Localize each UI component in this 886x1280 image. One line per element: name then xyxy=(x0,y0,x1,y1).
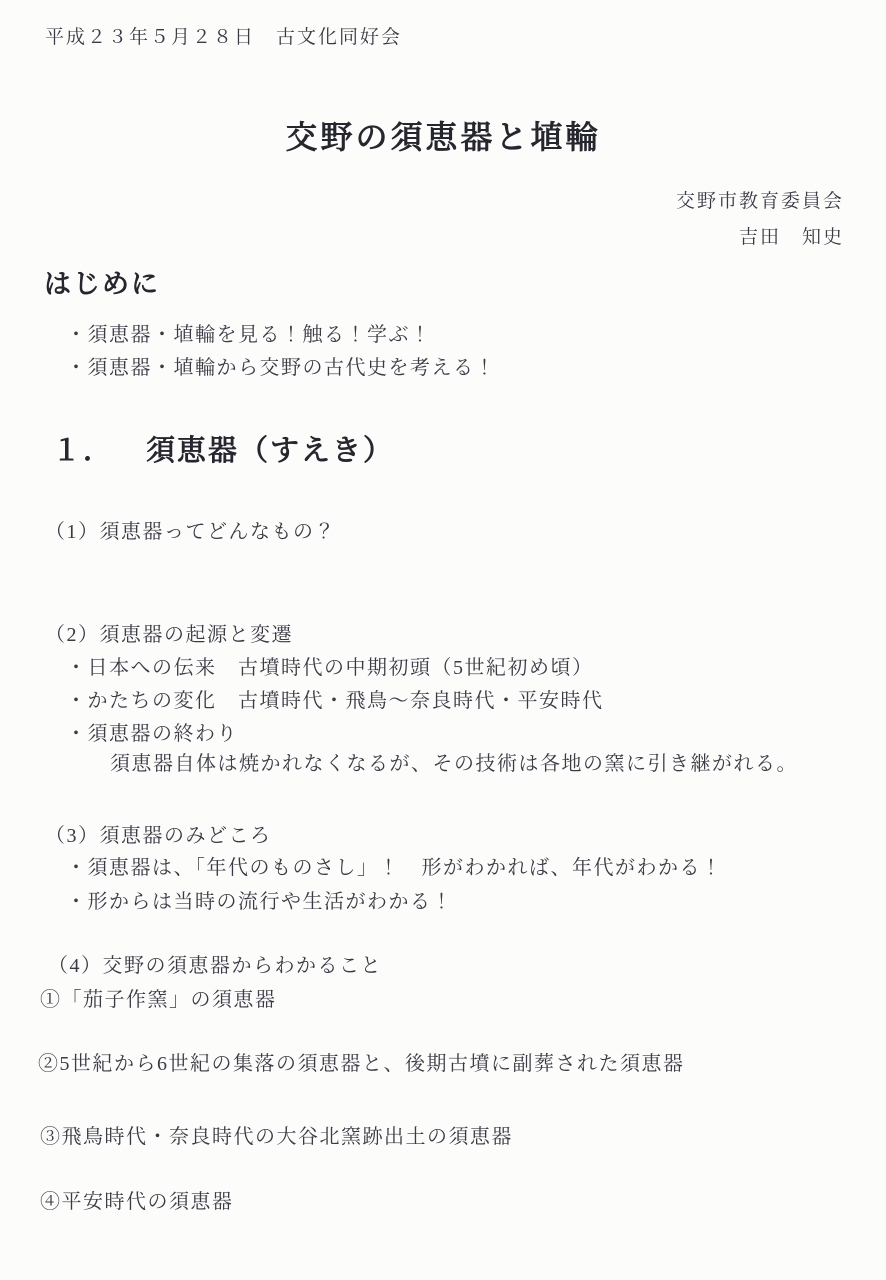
subsection-3-bullet-1: ・須恵器は、「年代のものさし」！ 形がわかれば、年代がわかる！ xyxy=(66,856,723,881)
subsection-2-bullet-3: ・須恵器の終わり xyxy=(66,722,238,747)
document-title: 交野の須恵器と埴輪 xyxy=(0,118,886,156)
section-1-heading: １．須恵器（すえき） xyxy=(52,433,394,468)
subsection-2-note: 須恵器自体は焼かれなくなるが、その技術は各地の窯に引き継がれる。 xyxy=(110,752,798,777)
numbered-item-4: ④平安時代の須恵器 xyxy=(40,1190,234,1215)
subsection-2-bullet-1: ・日本への伝来 古墳時代の中期初頭（5世紀初め頃） xyxy=(66,656,594,681)
intro-bullet-1: ・須恵器・埴輪を見る！触る！学ぶ！ xyxy=(66,323,432,348)
subsection-3-bullet-2: ・形からは当時の流行や生活がわかる！ xyxy=(66,890,453,915)
numbered-item-3: ③飛鳥時代・奈良時代の大谷北窯跡出土の須恵器 xyxy=(40,1125,513,1150)
byline-organization: 交野市教育委員会 xyxy=(676,190,844,214)
subsection-2-bullet-2: ・かたちの変化 古墳時代・飛鳥～奈良時代・平安時代 xyxy=(66,689,604,714)
intro-heading: はじめに xyxy=(44,269,160,301)
date-and-club-line: 平成２３年５月２８日 古文化同好会 xyxy=(45,26,402,50)
section-1-title: 須恵器（すえき） xyxy=(146,433,394,467)
subsection-4-heading: （4）交野の須恵器からわかること xyxy=(48,954,382,979)
subsection-1-question: （1）須恵器ってどんなもの？ xyxy=(45,520,336,545)
numbered-item-2: ②5世紀から6世紀の集落の須恵器と、後期古墳に副葬された須恵器 xyxy=(38,1052,685,1077)
byline-author: 吉田 知史 xyxy=(739,226,844,250)
intro-bullet-2: ・須恵器・埴輪から交野の古代史を考える！ xyxy=(66,356,496,381)
section-1-number: １． xyxy=(52,433,114,467)
scanned-document-page: 平成２３年５月２８日 古文化同好会 交野の須恵器と埴輪 交野市教育委員会 吉田 … xyxy=(0,0,886,1280)
numbered-item-1: ①「茄子作窯」の須恵器 xyxy=(40,988,277,1013)
subsection-3-heading: （3）須恵器のみどころ xyxy=(45,824,272,849)
subsection-2-heading: （2）須恵器の起源と変遷 xyxy=(45,623,293,648)
